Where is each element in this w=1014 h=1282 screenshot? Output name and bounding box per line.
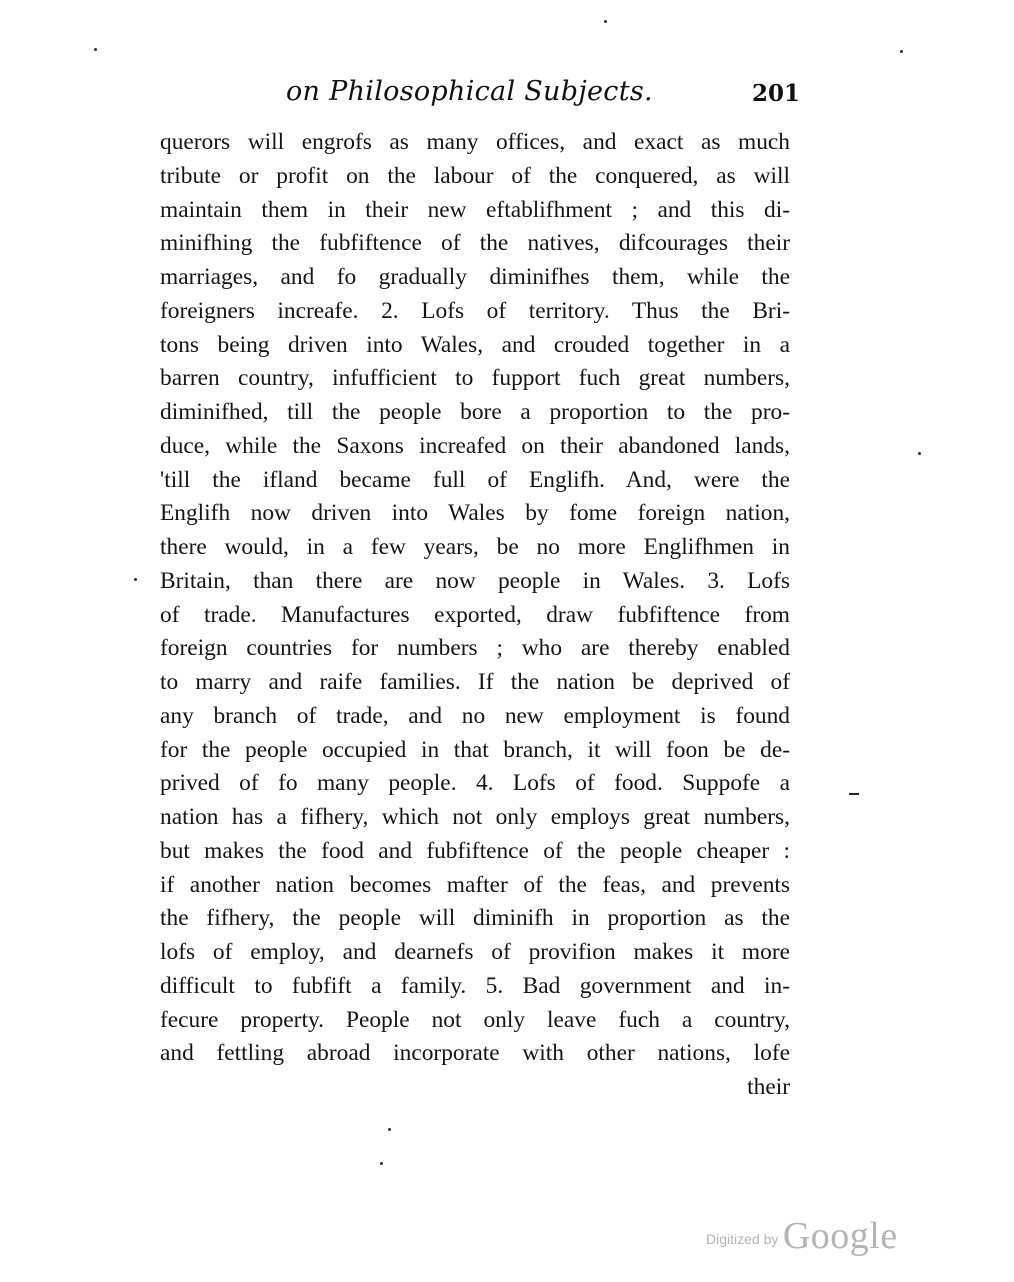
text-line: and fettling abroad incorporate with oth… <box>160 1037 790 1071</box>
text-line: querors will engrofs as many offices, an… <box>160 126 790 160</box>
text-line: tons being driven into Wales, and croude… <box>160 329 790 363</box>
text-line: Englifh now driven into Wales by fome fo… <box>160 497 790 531</box>
text-line: for the people occupied in that branch, … <box>160 734 790 768</box>
text-line: diminifhed, till the people bore a propo… <box>160 396 790 430</box>
scan-speck <box>94 48 97 51</box>
scan-mark <box>849 793 859 795</box>
watermark-prefix: Digitized by <box>706 1231 778 1247</box>
text-line: marriages, and fo gradually diminifhes t… <box>160 261 790 295</box>
book-page: on Philosophical Subjects. 201 querors w… <box>0 0 1014 1282</box>
text-line: lofs of employ, and dearnefs of provifio… <box>160 936 790 970</box>
text-line: nation has a fifhery, which not only emp… <box>160 801 790 835</box>
text-line: the fifhery, the people will diminifh in… <box>160 902 790 936</box>
google-logo: Google <box>783 1215 898 1257</box>
text-line: if another nation becomes mafter of the … <box>160 869 790 903</box>
running-head: on Philosophical Subjects. 201 <box>280 76 800 116</box>
text-line: Britain, than there are now people in Wa… <box>160 565 790 599</box>
text-line: tribute or profit on the labour of the c… <box>160 160 790 194</box>
scan-speck <box>388 1128 391 1131</box>
text-line: fecure property. People not only leave f… <box>160 1004 790 1038</box>
scan-speck <box>134 578 137 581</box>
text-line: of trade. Manufactures exported, draw fu… <box>160 599 790 633</box>
text-line: foreign countries for numbers ; who are … <box>160 632 790 666</box>
text-line: any branch of trade, and no new employme… <box>160 700 790 734</box>
text-line: minifhing the fubfiftence of the natives… <box>160 227 790 261</box>
scan-speck <box>604 20 607 23</box>
page-number: 201 <box>752 80 800 107</box>
text-line: to marry and raife families. If the nati… <box>160 666 790 700</box>
text-line: but makes the food and fubfiftence of th… <box>160 835 790 869</box>
text-line: barren country, infufficient to fupport … <box>160 362 790 396</box>
catchword: their <box>160 1071 790 1105</box>
scan-speck <box>918 452 921 455</box>
text-line: difficult to fubfift a family. 5. Bad go… <box>160 970 790 1004</box>
text-line: duce, while the Saxons increafed on thei… <box>160 430 790 464</box>
digitized-by-google-watermark: Digitized by Google <box>706 1214 898 1258</box>
text-line: prived of fo many people. 4. Lofs of foo… <box>160 767 790 801</box>
text-line: there would, in a few years, be no more … <box>160 531 790 565</box>
text-line: foreigners increafe. 2. Lofs of territor… <box>160 295 790 329</box>
scan-speck <box>380 1162 383 1165</box>
body-text: querors will engrofs as many offices, an… <box>160 126 790 1105</box>
text-line: 'till the ifland became full of Englifh.… <box>160 464 790 498</box>
scan-speck <box>900 50 903 53</box>
running-title: on Philosophical Subjects. <box>286 76 653 107</box>
text-line: maintain them in their new eftablifhment… <box>160 194 790 228</box>
